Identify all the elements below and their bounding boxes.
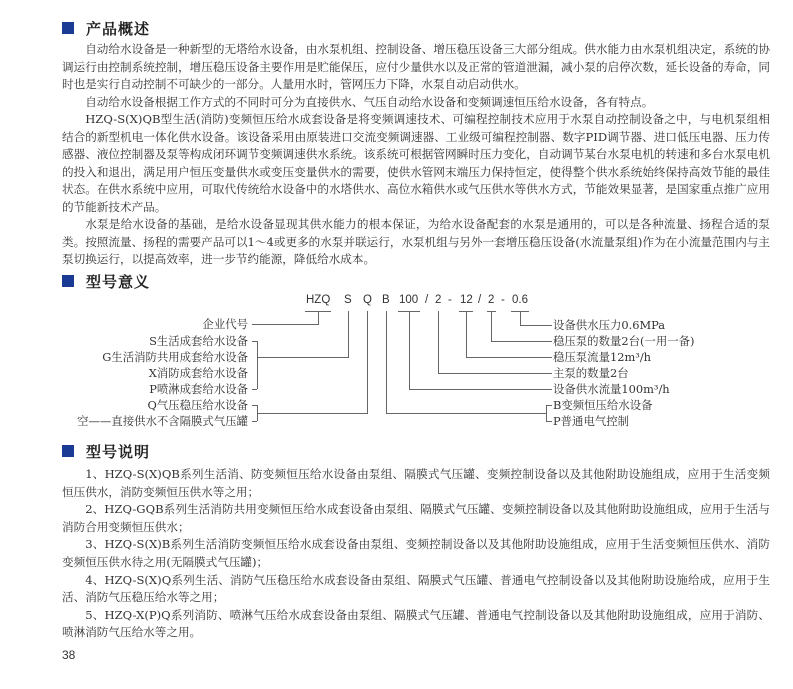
connector-line xyxy=(386,311,387,413)
connector-line xyxy=(438,311,439,373)
connector-line xyxy=(252,421,257,422)
page-number: 38 xyxy=(62,648,75,662)
section-title: 型号说明 xyxy=(86,441,150,462)
connector-line xyxy=(546,421,552,422)
section-marker-icon xyxy=(62,22,74,34)
code-part-stab-flow: 12 xyxy=(460,294,473,306)
connector-line xyxy=(438,373,552,374)
label-p-control: P普通电气控制 xyxy=(553,413,629,429)
connector-line xyxy=(409,311,410,389)
list-item: 1、HZQ-S(X)QB系列生活消、防变频恒压给水设备由泵组、隔膜式气压罐、变频… xyxy=(62,466,770,501)
connector-line xyxy=(318,311,319,325)
connector-line xyxy=(257,357,348,358)
model-desc-list: 1、HZQ-S(X)QB系列生活消、防变频恒压给水设备由泵组、隔膜式气压罐、变频… xyxy=(62,466,770,642)
connector-line xyxy=(466,357,552,358)
connector-line xyxy=(520,311,521,325)
list-item: 2、HZQ-GQB系列生活消防共用变频恒压给水成套设备由泵组、隔膜式气压罐、变频… xyxy=(62,501,770,536)
label-supply-flow: 设备供水流量100m³/h xyxy=(553,381,670,397)
code-sep: / xyxy=(478,294,481,306)
label-q-type: Q气压稳压给水设备 xyxy=(148,397,248,413)
catalog-page: 产品概述 自动给水设备是一种新型的无塔给水设备，由水泵机组、控制设备、增压稳压设… xyxy=(0,0,793,689)
paragraph: HZQ-S(X)QB型生活(消防)变频恒压给水成套设备是将变频调速技术、可编程控… xyxy=(62,111,770,216)
connector-line xyxy=(257,341,258,389)
label-stab-pump-count: 稳压泵的数量2台(一用一备) xyxy=(553,333,694,349)
code-part-s: S xyxy=(344,294,352,306)
code-sep: - xyxy=(448,294,452,306)
section-marker-icon xyxy=(62,275,74,287)
connector-line xyxy=(546,405,552,406)
connector-line xyxy=(252,389,257,390)
overview-text: 自动给水设备是一种新型的无塔给水设备，由水泵机组、控制设备、增压稳压设备三大部分… xyxy=(62,41,770,269)
paragraph: 自动给水设备根据工作方式的不同时可分为直接供水、气压自动给水设备和变频调速恒压给… xyxy=(62,94,770,112)
section-marker-icon xyxy=(62,445,74,457)
code-part-flow: 100 xyxy=(399,294,418,306)
list-item: 3、HZQ-S(X)B系列生活消防变频恒压给水成套设备由泵组、变频控制设备以及其… xyxy=(62,536,770,571)
code-part-hzq: HZQ xyxy=(306,294,330,306)
connector-line xyxy=(257,413,367,414)
model-code-diagram: HZQ S Q B 100 / 2 - 12 / 2 - 0.6 企业代号 S生… xyxy=(0,290,793,430)
connector-line xyxy=(409,389,552,390)
label-pressure: 设备供水压力0.6MPa xyxy=(553,317,665,333)
label-x-type: X消防成套给水设备 xyxy=(149,365,248,381)
connector-line xyxy=(520,325,552,326)
label-g-type: G生活消防共用成套给水设备 xyxy=(102,349,248,365)
section-header-model-desc: 型号说明 xyxy=(62,441,150,461)
section-header-overview: 产品概述 xyxy=(62,18,150,38)
code-part-b: B xyxy=(382,294,390,306)
section-title: 型号意义 xyxy=(86,271,150,292)
connector-line xyxy=(367,311,368,414)
code-part-pressure: 0.6 xyxy=(512,294,528,306)
code-part-q: Q xyxy=(363,294,372,306)
code-sep: - xyxy=(501,294,505,306)
connector-line xyxy=(348,311,349,358)
label-s-type: S生活成套给水设备 xyxy=(149,333,248,349)
paragraph: 水泵是给水设备的基础，是给水设备显现其供水能力的根本保证，为给水设备配套的水泵是… xyxy=(62,216,770,269)
label-main-pump-count: 主泵的数量2台 xyxy=(553,365,629,381)
label-company-code: 企业代号 xyxy=(202,316,248,332)
list-item: 4、HZQ-S(X)Q系列生活、消防气压稳压给水成套设备由泵组、隔膜式气压罐、普… xyxy=(62,572,770,607)
paragraph: 自动给水设备是一种新型的无塔给水设备，由水泵机组、控制设备、增压稳压设备三大部分… xyxy=(62,41,770,94)
label-p-type: P喷淋成套给水设备 xyxy=(149,381,248,397)
connector-line xyxy=(466,311,467,357)
connector-line xyxy=(546,405,547,421)
list-item: 5、HZQ-X(P)Q系列消防、喷淋气压给水成套设备由泵组、隔膜式气压罐、普通电… xyxy=(62,607,770,642)
label-empty-type: 空——直接供水不含隔膜式气压罐 xyxy=(77,413,248,429)
section-header-model-meaning: 型号意义 xyxy=(62,271,150,291)
label-stab-pump-flow: 稳压泵流量12m³/h xyxy=(553,349,651,365)
label-b-type: B变频恒压给水设备 xyxy=(553,397,653,413)
code-sep: / xyxy=(425,294,428,306)
connector-line xyxy=(386,413,546,414)
section-title: 产品概述 xyxy=(86,18,150,39)
connector-line xyxy=(491,311,492,341)
connector-line xyxy=(252,324,318,325)
code-part-main-pumps: 2 xyxy=(435,294,441,306)
connector-line xyxy=(491,341,552,342)
code-part-stab-pumps: 2 xyxy=(488,294,494,306)
